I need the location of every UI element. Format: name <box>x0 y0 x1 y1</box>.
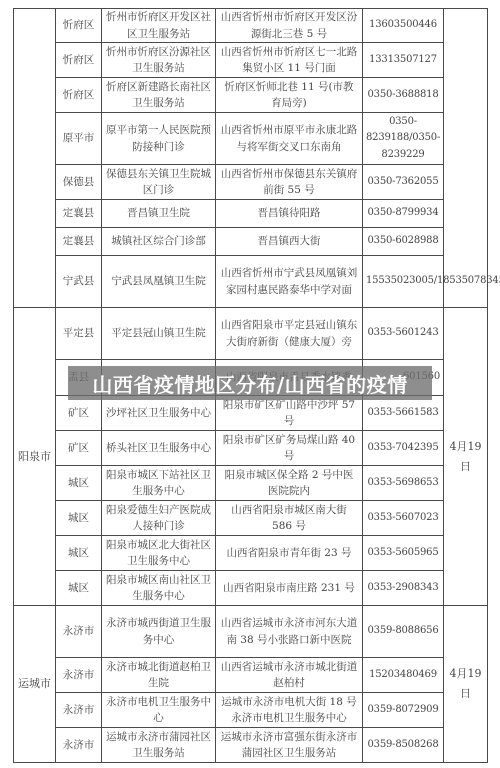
district-cell: 忻府区 <box>56 78 102 113</box>
site-name-cell: 城镇社区综合门诊部 <box>102 228 216 256</box>
site-name-cell: 平定县冠山镇卫生院 <box>102 308 216 360</box>
date-cell: 4月19日 <box>444 308 488 606</box>
district-cell: 忻府区 <box>56 43 102 78</box>
site-name-cell: 永济市城北街道赵柏卫生院 <box>102 658 216 693</box>
address-cell: 山西省忻州市忻府区七一北路集贸小区 11 号门面 <box>216 43 363 78</box>
site-name-cell: 阳泉市城区下站社区卫生服务中心 <box>102 466 216 501</box>
address-cell: 山西省阳泉市青年街 23 号 <box>216 536 363 571</box>
city-cell: 阳泉市 <box>14 308 56 606</box>
table-row: 定襄县 城镇社区综合门诊部 晋昌镇西大街 0350-6028988 <box>14 228 488 256</box>
phone-cell: 0350-7362055 <box>363 165 444 200</box>
address-cell: 晋昌镇待阳路 <box>216 200 363 228</box>
site-name-cell: 晋昌镇卫生院 <box>102 200 216 228</box>
table-row: 阳泉市 平定县 平定县冠山镇卫生院 山西省阳泉市平定县冠山镇东大街府新街（健康大… <box>14 308 488 360</box>
city-cell: 运城市 <box>14 606 56 763</box>
district-cell: 城区 <box>56 466 102 501</box>
site-name-cell: 永济市城西街道卫生服务中心 <box>102 606 216 658</box>
site-name-cell: 桥头社区卫生服务中心 <box>102 431 216 466</box>
table-row: 永济市 永济市城北街道赵柏卫生院 山西省运城市永济市城北街道赵柏村 152034… <box>14 658 488 693</box>
site-name-cell: 原平市第一人民医院预防接种门诊 <box>102 113 216 165</box>
phone-cell: 13313507127 <box>363 43 444 78</box>
phone-cell: 0350-3688818 <box>363 78 444 113</box>
phone-cell: 0353-5601243 <box>363 308 444 360</box>
site-name-cell: 阳泉市城区南山社区卫生服务中心 <box>102 571 216 606</box>
phone-cell: 0350-8799934 <box>363 200 444 228</box>
table-row: 原平市 原平市第一人民医院预防接种门诊 山西省忻州市原平市永康北路与将军街交叉口… <box>14 113 488 165</box>
phone-cell: 0353-7042395 <box>363 431 444 466</box>
district-cell: 永济市 <box>56 728 102 763</box>
phone-cell: 0353-5607023 <box>363 501 444 536</box>
phone-cell: 0359-8088656 <box>363 606 444 658</box>
date-cell: 4月19日 <box>444 606 488 763</box>
table-row: 保德县 保德县东关镇卫生院城区门诊 山西省忻州市保德县东关镇府前街 55 号 0… <box>14 165 488 200</box>
address-cell: 山西省阳泉市城区南大街 586 号 <box>216 501 363 536</box>
site-name-cell: 运城市永济市蒲园社区卫生服务站 <box>102 728 216 763</box>
site-name-cell: 阳泉爱德生妇产医院成人接种门诊 <box>102 501 216 536</box>
address-cell: 山西省阳泉市南庄路 231 号 <box>216 571 363 606</box>
phone-cell: 15535023005/18535078345/15835013033 <box>363 256 444 308</box>
district-cell: 原平市 <box>56 113 102 165</box>
district-cell: 平定县 <box>56 308 102 360</box>
site-name-cell: 忻府区新建路长南社区卫生服务站 <box>102 78 216 113</box>
phone-cell: 0350-8239188/0350-8239229 <box>363 113 444 165</box>
table-row: 矿区 桥头社区卫生服务中心 阳泉市矿区矿务局煤山路 40 号 0353-7042… <box>14 431 488 466</box>
table-row: 宁武县 宁武县凤凰镇卫生院 山西省忻州市宁武县凤凰镇刘家园村惠民路泰华中学对面 … <box>14 256 488 308</box>
address-cell: 晋昌镇西大街 <box>216 228 363 256</box>
district-cell: 永济市 <box>56 693 102 728</box>
table-row: 城区 阳泉市城区下站社区卫生服务中心 阳泉市城区保全路 2 号中医医院院内 03… <box>14 466 488 501</box>
banner-title: 山西省疫情地区分布/山西省的疫情 <box>92 369 407 398</box>
district-cell: 定襄县 <box>56 228 102 256</box>
table-row: 运城市 永济市 永济市城西街道卫生服务中心 山西省运城市永济市河东大道南 38 … <box>14 606 488 658</box>
district-cell: 保德县 <box>56 165 102 200</box>
city-cell <box>14 9 56 308</box>
address-cell: 山西省运城市永济市城北街道赵柏村 <box>216 658 363 693</box>
address-cell: 山西省阳泉市平定县冠山镇东大街府新街（健康大厦）旁 <box>216 308 363 360</box>
table-row: 城区 阳泉爱德生妇产医院成人接种门诊 山西省阳泉市城区南大街 586 号 035… <box>14 501 488 536</box>
address-cell: 山西省运城市永济市河东大道南 38 号小张路口新中医院 <box>216 606 363 658</box>
phone-cell: 0353-5605965 <box>363 536 444 571</box>
address-cell: 忻府区忻师北巷 11 号(市教育局旁) <box>216 78 363 113</box>
district-cell: 城区 <box>56 571 102 606</box>
district-cell: 宁武县 <box>56 256 102 308</box>
phone-cell: 0359-8508268 <box>363 728 444 763</box>
address-cell: 运城市永济市电机大街 18 号永济市电机卫生服务中心 <box>216 693 363 728</box>
phone-cell: 0359-8072909 <box>363 693 444 728</box>
table-row: 定襄县 晋昌镇卫生院 晋昌镇待阳路 0350-8799934 <box>14 200 488 228</box>
site-name-cell: 沙坪社区卫生服务中心 <box>102 396 216 431</box>
district-cell: 城区 <box>56 536 102 571</box>
district-cell: 矿区 <box>56 396 102 431</box>
site-name-cell: 忻州市忻府区开发区社区卫生服务站 <box>102 9 216 43</box>
site-name-cell: 宁武县凤凰镇卫生院 <box>102 256 216 308</box>
date-cell <box>444 9 488 308</box>
phone-cell: 15203480469 <box>363 658 444 693</box>
district-cell: 永济市 <box>56 606 102 658</box>
phone-cell: 0353-5698653 <box>363 466 444 501</box>
table-row: 永济市 永济市电机卫生服务中心 运城市永济市电机大街 18 号永济市电机卫生服务… <box>14 693 488 728</box>
table-row: 忻府区 忻州市忻府区开发区社区卫生服务站 山西省忻州市忻府区开发区汾源街北三巷 … <box>14 9 488 43</box>
site-name-cell: 阳泉市城区北大街社区卫生服务中心 <box>102 536 216 571</box>
site-name-cell: 保德县东关镇卫生院城区门诊 <box>102 165 216 200</box>
table-row: 忻府区 忻州市忻府区汾源社区卫生服务站 山西省忻州市忻府区七一北路集贸小区 11… <box>14 43 488 78</box>
title-banner-overlay: 山西省疫情地区分布/山西省的疫情 <box>68 366 432 400</box>
district-cell: 定襄县 <box>56 200 102 228</box>
phone-cell: 0350-6028988 <box>363 228 444 256</box>
district-cell: 永济市 <box>56 658 102 693</box>
table-row: 永济市 运城市永济市蒲园社区卫生服务站 运城市永济市富强东街永济市蒲园社区卫生服… <box>14 728 488 763</box>
address-cell: 山西省忻州市宁武县凤凰镇刘家园村惠民路泰华中学对面 <box>216 256 363 308</box>
phone-cell: 0353-5661583 <box>363 396 444 431</box>
address-cell: 阳泉市矿区矿务局煤山路 40 号 <box>216 431 363 466</box>
district-cell: 忻府区 <box>56 9 102 43</box>
address-cell: 山西省忻州市保德县东关镇府前街 55 号 <box>216 165 363 200</box>
district-cell: 城区 <box>56 501 102 536</box>
site-name-cell: 忻州市忻府区汾源社区卫生服务站 <box>102 43 216 78</box>
address-cell: 山西省忻州市原平市永康北路与将军街交叉口东南角 <box>216 113 363 165</box>
phone-cell: 0353-2908343 <box>363 571 444 606</box>
phone-cell: 13603500446 <box>363 9 444 43</box>
table-row: 城区 阳泉市城区北大街社区卫生服务中心 山西省阳泉市青年街 23 号 0353-… <box>14 536 488 571</box>
address-cell: 阳泉市城区保全路 2 号中医医院院内 <box>216 466 363 501</box>
address-cell: 山西省忻州市忻府区开发区汾源街北三巷 5 号 <box>216 9 363 43</box>
address-cell: 阳泉市矿区矿山路中沙坪 57 号 <box>216 396 363 431</box>
table-row: 忻府区 忻府区新建路长南社区卫生服务站 忻府区忻师北巷 11 号(市教育局旁) … <box>14 78 488 113</box>
address-cell: 运城市永济市富强东街永济市蒲园社区卫生服务站 <box>216 728 363 763</box>
table-row: 矿区 沙坪社区卫生服务中心 阳泉市矿区矿山路中沙坪 57 号 0353-5661… <box>14 396 488 431</box>
table-row: 城区 阳泉市城区南山社区卫生服务中心 山西省阳泉市南庄路 231 号 0353-… <box>14 571 488 606</box>
site-name-cell: 永济市电机卫生服务中心 <box>102 693 216 728</box>
district-cell: 矿区 <box>56 431 102 466</box>
